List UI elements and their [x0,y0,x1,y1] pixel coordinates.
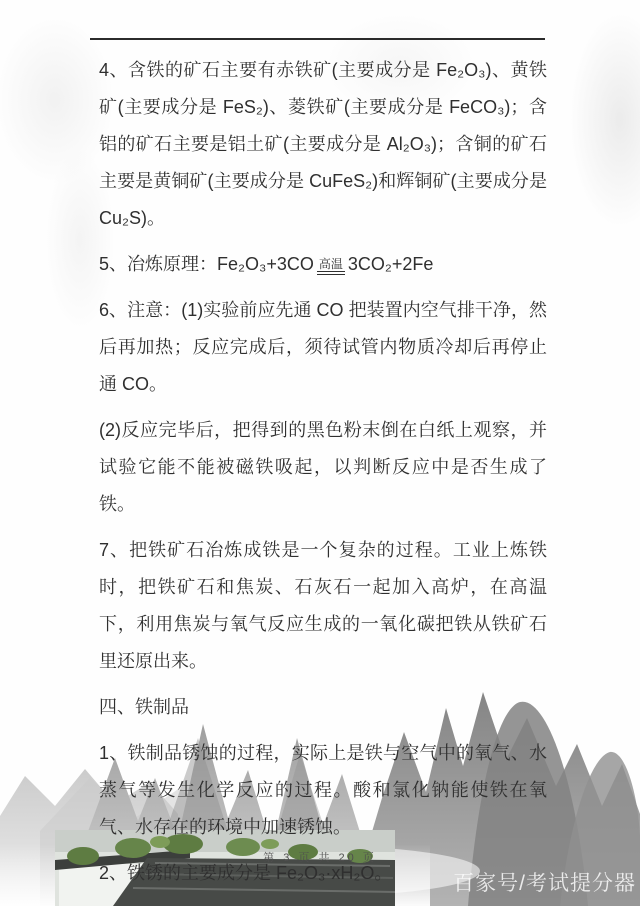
paragraph-note-2: (2)反应完毕后，把得到的黑色粉末倒在白纸上观察，并试验它能不能被磁铁吸起，以判… [99,412,547,523]
equation-prefix: 5、冶炼原理：Fe₂O₃+3CO [99,254,314,274]
equation-suffix: 3CO₂+2Fe [348,254,434,274]
paragraph-note-1: 6、注意：(1)实验前应先通 CO 把装置内空气排干净，然后再加热；反应完成后，… [99,292,547,403]
reaction-condition-label: 高温 [317,258,345,275]
paragraph-rusting: 1、铁制品锈蚀的过程，实际上是铁与空气中的氧气、水蒸气等发生化学反应的过程。酸和… [99,735,547,846]
watermark: 百家号/考试提分器 [453,867,636,897]
page-number: 第 3 页 共 20 页 [0,849,640,865]
paragraph-smelting-equation: 5、冶炼原理：Fe₂O₃+3CO高温3CO₂+2Fe [99,246,547,283]
paragraph-ores: 4、含铁的矿石主要有赤铁矿(主要成分是 Fe₂O₃)、黄铁矿(主要成分是 FeS… [99,52,547,237]
document-page: 4、含铁的矿石主要有赤铁矿(主要成分是 Fe₂O₃)、黄铁矿(主要成分是 FeS… [0,0,640,906]
reaction-condition: 高温 [317,258,345,275]
notes-content: 4、含铁的矿石主要有赤铁矿(主要成分是 Fe₂O₃)、黄铁矿(主要成分是 FeS… [99,52,547,901]
top-divider [90,38,545,40]
section-heading-iron-products: 四、铁制品 [99,689,547,726]
ink-smudge [550,0,640,270]
paragraph-industry: 7、把铁矿石冶炼成铁是一个复杂的过程。工业上炼铁时，把铁矿石和焦炭、石灰石一起加… [99,532,547,680]
